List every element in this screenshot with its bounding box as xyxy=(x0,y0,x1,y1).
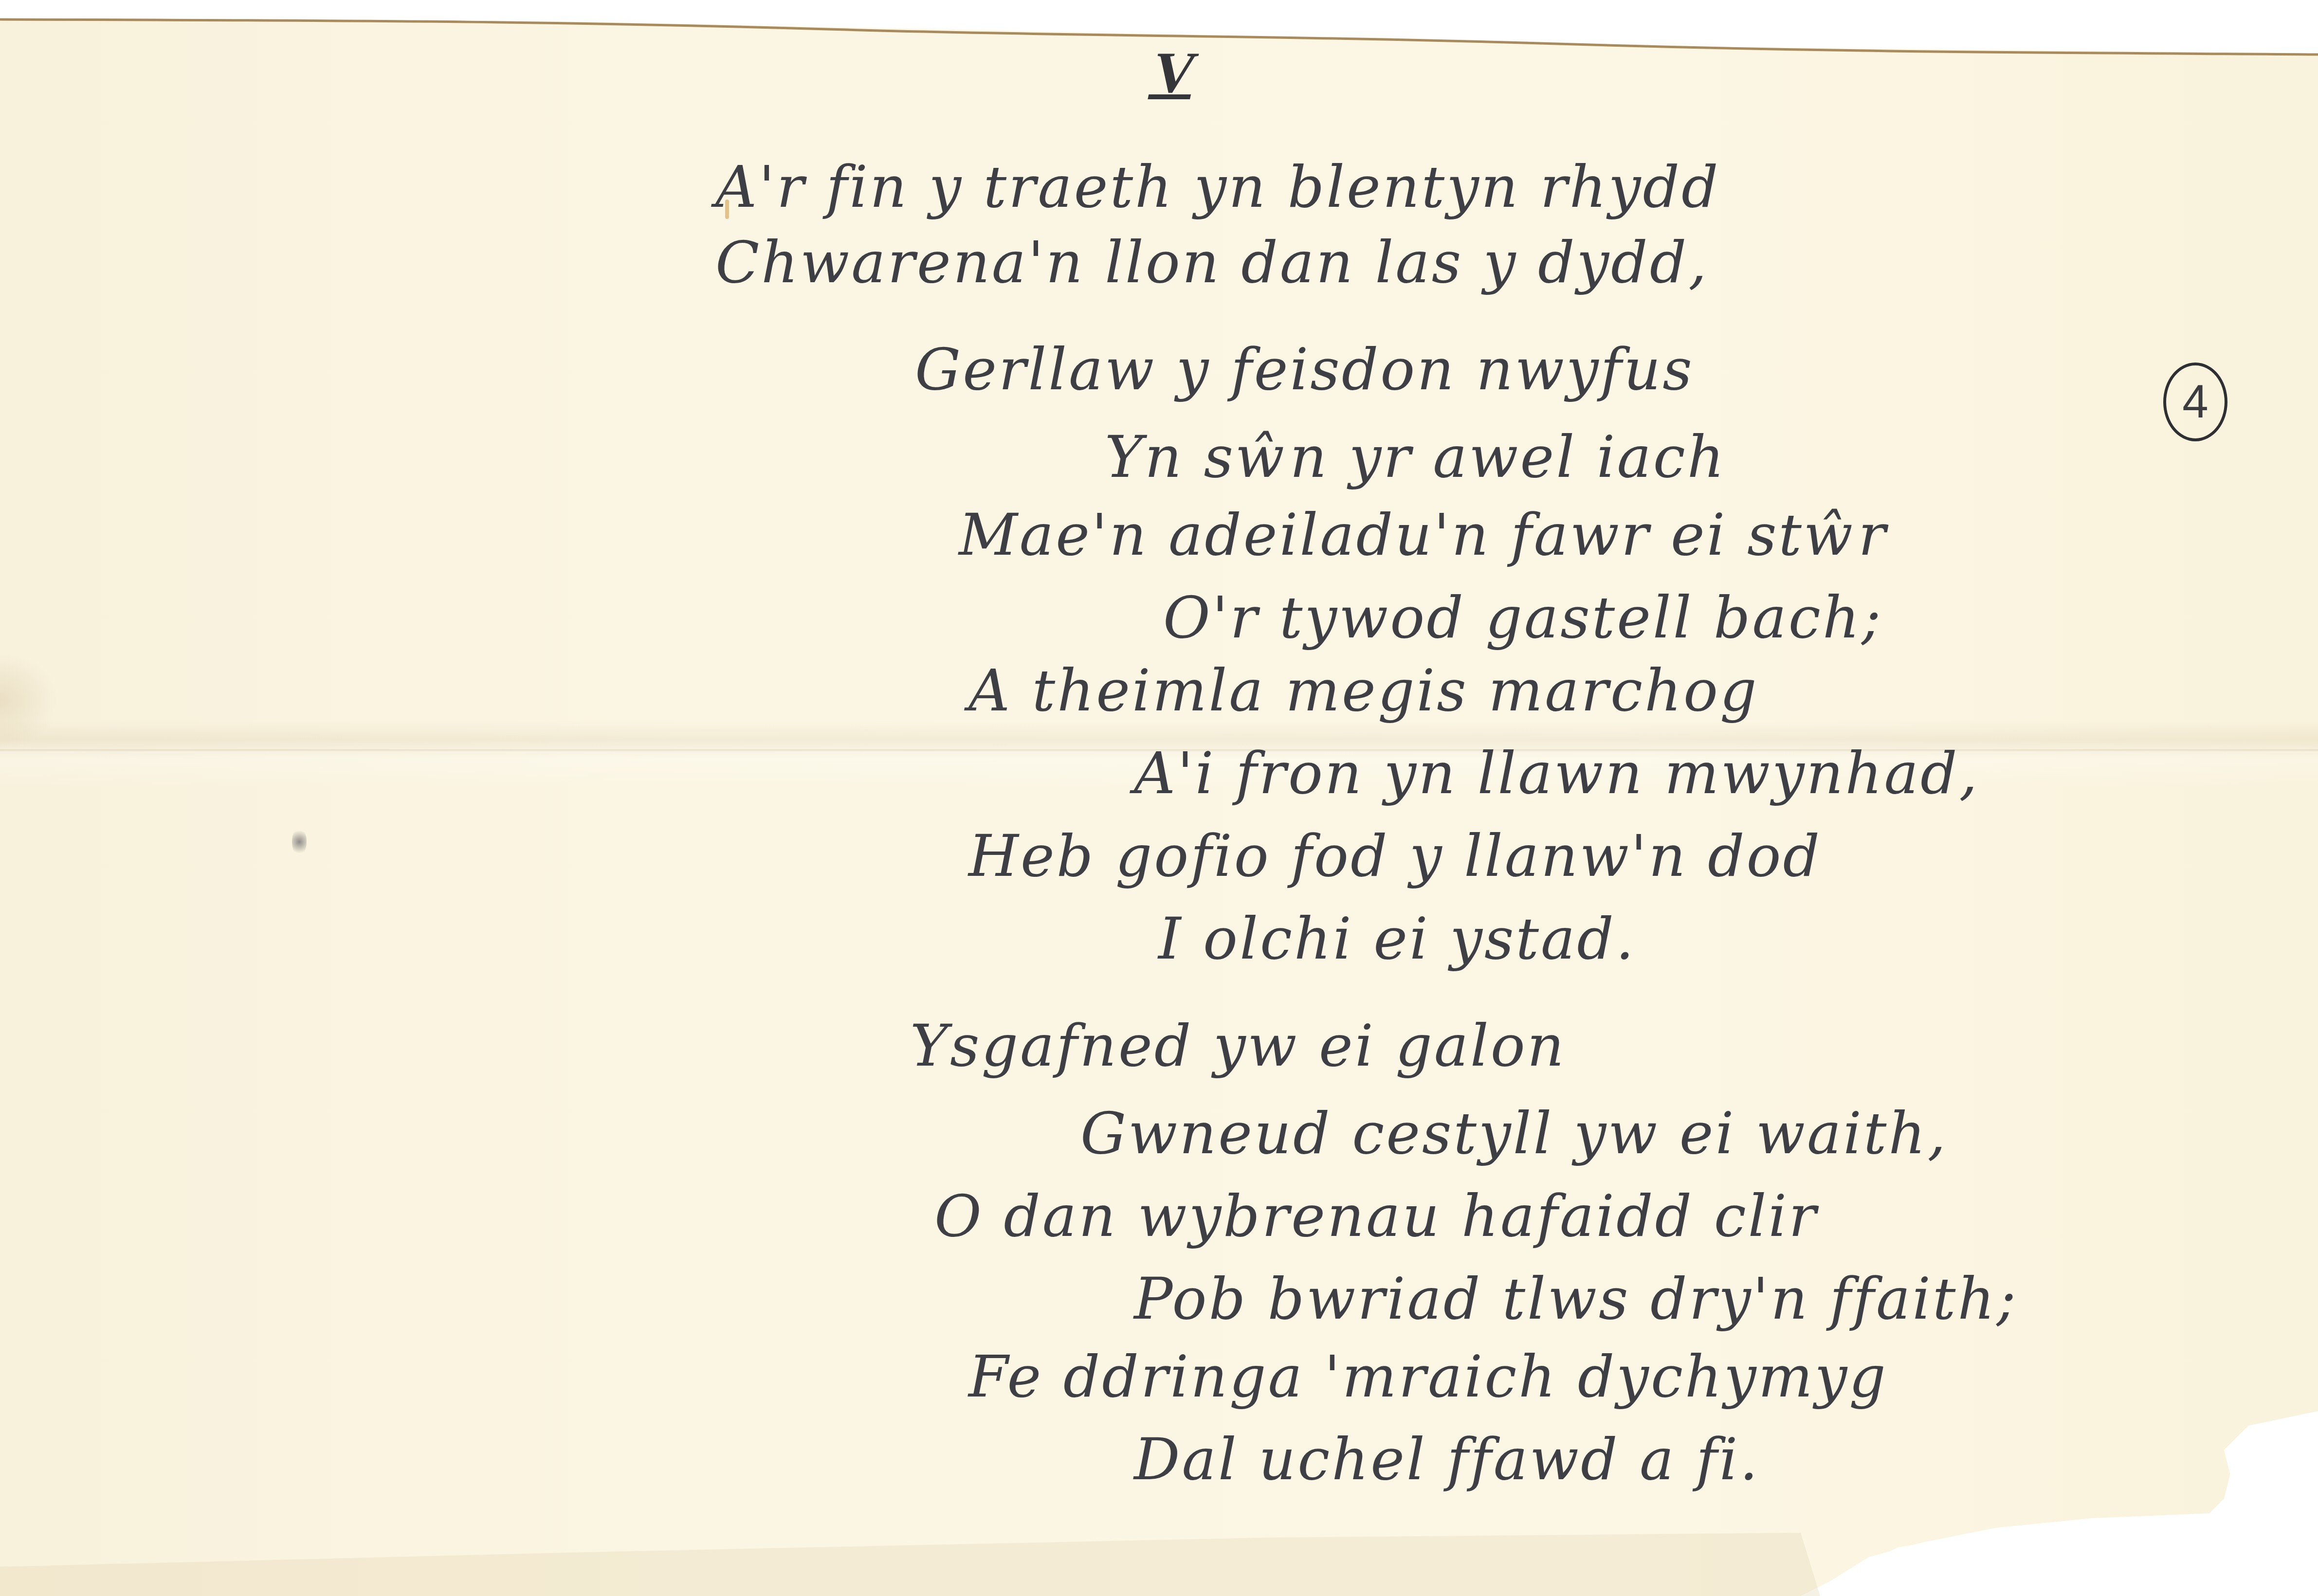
poem-line: Mae'n adeiladu'n fawr ei stŵr xyxy=(959,506,1888,563)
poem-line: Gerllaw y feisdon nwyfus xyxy=(915,341,1694,398)
circled-page-number: 4 xyxy=(2163,363,2227,441)
page-number-text: 4 xyxy=(2182,375,2208,429)
poem-line: Gwneud cestyll yw ei waith, xyxy=(1080,1105,1948,1162)
poem-line: A'r fin y traeth yn blentyn rhydd xyxy=(715,158,1720,216)
poem-line: Fe ddringa 'mraich dychymyg xyxy=(968,1348,1888,1405)
poem-line: Yn sŵn yr awel iach xyxy=(1105,428,1726,486)
poem-line: O dan wybrenau hafaidd clir xyxy=(934,1187,1818,1245)
ink-blot xyxy=(292,827,307,856)
poem-line: A theimla megis marchog xyxy=(968,662,1759,719)
poem-line: Chwarena'n llon dan las y dydd, xyxy=(715,234,1709,291)
poem-line: Pob bwriad tlws dry'n ffaith; xyxy=(1134,1270,2018,1327)
poem-line: A'i fron yn llawn mwynhad, xyxy=(1134,744,1979,802)
poem-line: Dal uchel ffawd a fi. xyxy=(1134,1431,1760,1488)
poem-line: Ysgafned yw ei galon xyxy=(910,1017,1566,1074)
poem-line: Heb gofio fod y llanw'n dod xyxy=(968,827,1822,885)
poem-line: I olchi ei ystad. xyxy=(1158,910,1636,967)
left-crease xyxy=(0,652,58,749)
poem-line: O'r tywod gastell bach; xyxy=(1163,589,1883,646)
